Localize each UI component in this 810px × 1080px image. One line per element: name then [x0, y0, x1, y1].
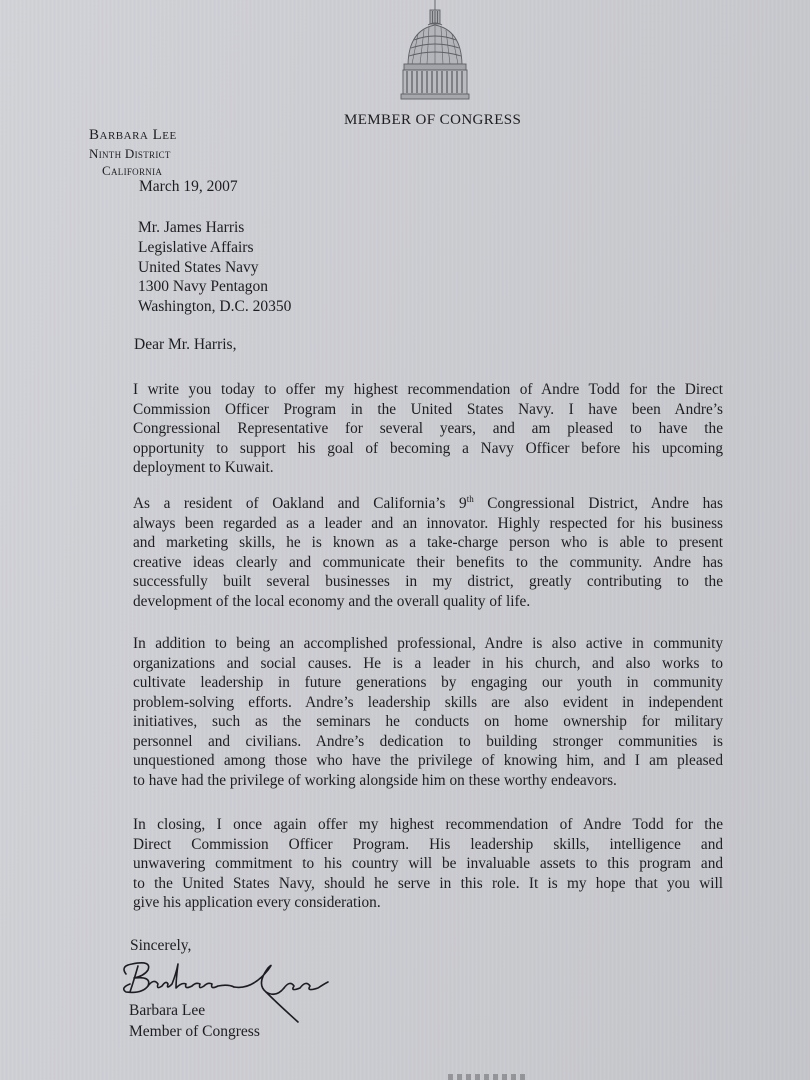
signer-block: Barbara Lee Member of Congress — [129, 1000, 260, 1042]
cropped-footer-text — [448, 1074, 528, 1080]
letter-date: March 19, 2007 — [139, 178, 238, 196]
paragraph-line: development of the local economy and the… — [133, 592, 723, 612]
recipient-line: Mr. James Harris — [138, 218, 291, 238]
signer-name: Barbara Lee — [129, 1000, 260, 1021]
recipient-line: Legislative Affairs — [138, 238, 291, 258]
paragraph-line: In closing, I once again offer my highes… — [133, 815, 723, 835]
paragraph-line: problem-solving efforts. Andre’s leaders… — [133, 693, 723, 713]
salutation: Dear Mr. Harris, — [134, 336, 236, 354]
sender-district: Ninth District — [89, 147, 177, 160]
recipient-line: 1300 Navy Pentagon — [138, 277, 291, 297]
body-paragraph-3: In addition to being an accomplished pro… — [133, 634, 723, 790]
paragraph-line: organizations and social causes. He is a… — [133, 654, 723, 674]
paragraph-line: As a resident of Oakland and California’… — [133, 494, 723, 514]
paragraph-line: Direct Commission Officer Program. His l… — [133, 835, 723, 855]
paragraph-line: opportunity to support his goal of becom… — [133, 439, 723, 459]
paragraph-line: creative ideas clearly and communicate t… — [133, 553, 723, 573]
paragraph-line: personnel and civilians. Andre’s dedicat… — [133, 732, 723, 752]
sender-state: California — [89, 164, 177, 177]
signer-title: Member of Congress — [129, 1021, 260, 1042]
paragraph-line: In addition to being an accomplished pro… — [133, 634, 723, 654]
paragraph-line: and marketing skills, he is known as a t… — [133, 533, 723, 553]
body-paragraph-1: I write you today to offer my highest re… — [133, 380, 723, 478]
paragraph-line: unquestioned among those who have the pr… — [133, 751, 723, 771]
paragraph-line: deployment to Kuwait. — [133, 458, 723, 478]
paragraph-line: to the United States Navy, should he ser… — [133, 874, 723, 894]
paragraph-line: I write you today to offer my highest re… — [133, 380, 723, 400]
paragraph-line: to have had the privilege of working alo… — [133, 771, 723, 791]
sender-name: Barbara Lee — [89, 128, 177, 143]
paragraph-line: successfully built several businesses in… — [133, 572, 723, 592]
paragraph-text: Congressional District, Andre has — [474, 495, 723, 512]
paragraph-line: cultivate leadership in future generatio… — [133, 673, 723, 693]
letterhead-title: MEMBER OF CONGRESS — [344, 112, 521, 129]
paragraph-line: initiatives, such as the seminars he con… — [133, 712, 723, 732]
paragraph-line: Commission Officer Program in the United… — [133, 400, 723, 420]
paragraph-line: always been regarded as a leader and an … — [133, 514, 723, 534]
body-paragraph-4: In closing, I once again offer my highes… — [133, 815, 723, 913]
paragraph-line: unwavering commitment to his country wil… — [133, 854, 723, 874]
paragraph-text: As a resident of Oakland and California’… — [133, 495, 467, 512]
recipient-address: Mr. James Harris Legislative Affairs Uni… — [138, 218, 291, 317]
ordinal-suffix: th — [467, 494, 474, 504]
recipient-line: Washington, D.C. 20350 — [138, 297, 291, 317]
paragraph-line: give his application every consideration… — [133, 893, 723, 913]
capitol-dome-icon — [396, 0, 474, 102]
recipient-line: United States Navy — [138, 258, 291, 278]
closing: Sincerely, — [130, 937, 191, 955]
body-paragraph-2: As a resident of Oakland and California’… — [133, 494, 723, 611]
sender-block: Barbara Lee Ninth District California — [89, 128, 177, 177]
paragraph-line: Congressional Representative for several… — [133, 419, 723, 439]
